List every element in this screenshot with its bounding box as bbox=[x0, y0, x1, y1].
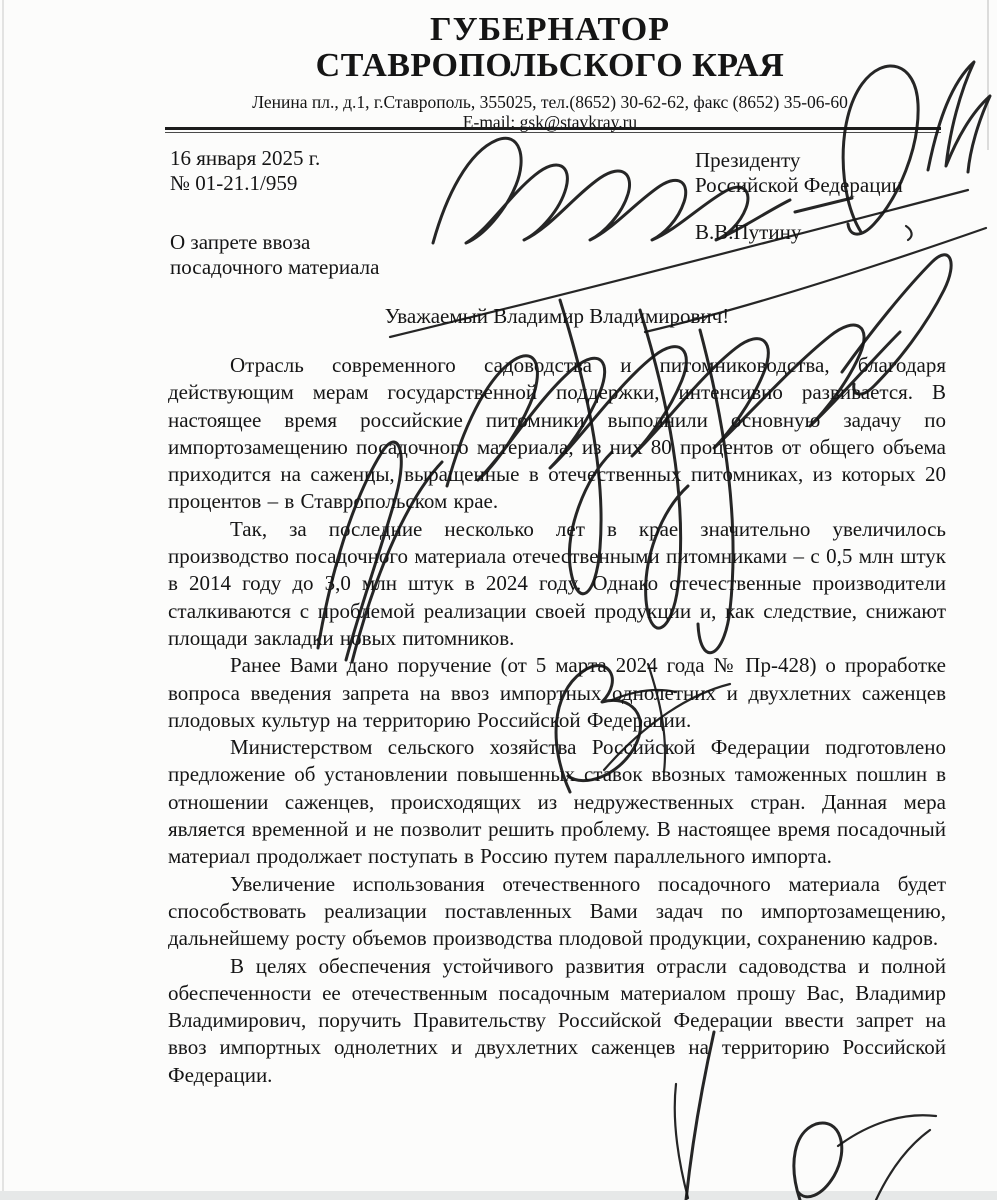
recipient-name: В.В.Путину bbox=[695, 220, 801, 245]
letterhead-org-line1: ГУБЕРНАТОР bbox=[160, 12, 940, 48]
body-paragraph: Отрасль современного садоводства и питом… bbox=[168, 352, 946, 516]
subject-line1: О запрете ввоза bbox=[170, 230, 379, 255]
subject-block: О запрете ввоза посадочного материала bbox=[170, 230, 379, 280]
subject-line2: посадочного материала bbox=[170, 255, 379, 280]
recipient-title: Президенту bbox=[695, 148, 903, 173]
scanned-letter-page: ГУБЕРНАТОР СТАВРОПОЛЬСКОГО КРАЯ Ленина п… bbox=[0, 0, 997, 1200]
body-paragraph: Министерством сельского хозяйства Россий… bbox=[168, 734, 946, 870]
body-paragraph: Ранее Вами дано поручение (от 5 марта 20… bbox=[168, 652, 946, 734]
body-paragraph: Увеличение использования отечественного … bbox=[168, 871, 946, 953]
letterhead: ГУБЕРНАТОР СТАВРОПОЛЬСКОГО КРАЯ Ленина п… bbox=[160, 12, 940, 132]
salutation: Уважаемый Владимир Владимирович! bbox=[168, 304, 946, 329]
scan-edge-artifact bbox=[2, 0, 4, 1200]
body-paragraph: В целях обеспечения устойчивого развития… bbox=[168, 953, 946, 1089]
recipient-block: Президенту Российской Федерации bbox=[695, 148, 903, 198]
body-paragraph: Так, за последние несколько лет в крае з… bbox=[168, 516, 946, 652]
letterhead-divider-rule bbox=[165, 127, 941, 130]
reference-block: 16 января 2025 г. № 01-21.1/959 bbox=[170, 146, 320, 196]
letterhead-address: Ленина пл., д.1, г.Ставрополь, 355025, т… bbox=[160, 92, 940, 112]
letter-number: № 01-21.1/959 bbox=[170, 171, 320, 196]
letterhead-org-line2: СТАВРОПОЛЬСКОГО КРАЯ bbox=[160, 48, 940, 84]
scan-edge-artifact bbox=[987, 0, 989, 150]
letter-body: Отрасль современного садоводства и питом… bbox=[168, 352, 946, 1089]
scan-bottom-shadow bbox=[0, 1191, 997, 1200]
recipient-org: Российской Федерации bbox=[695, 173, 903, 198]
letter-date: 16 января 2025 г. bbox=[170, 146, 320, 171]
